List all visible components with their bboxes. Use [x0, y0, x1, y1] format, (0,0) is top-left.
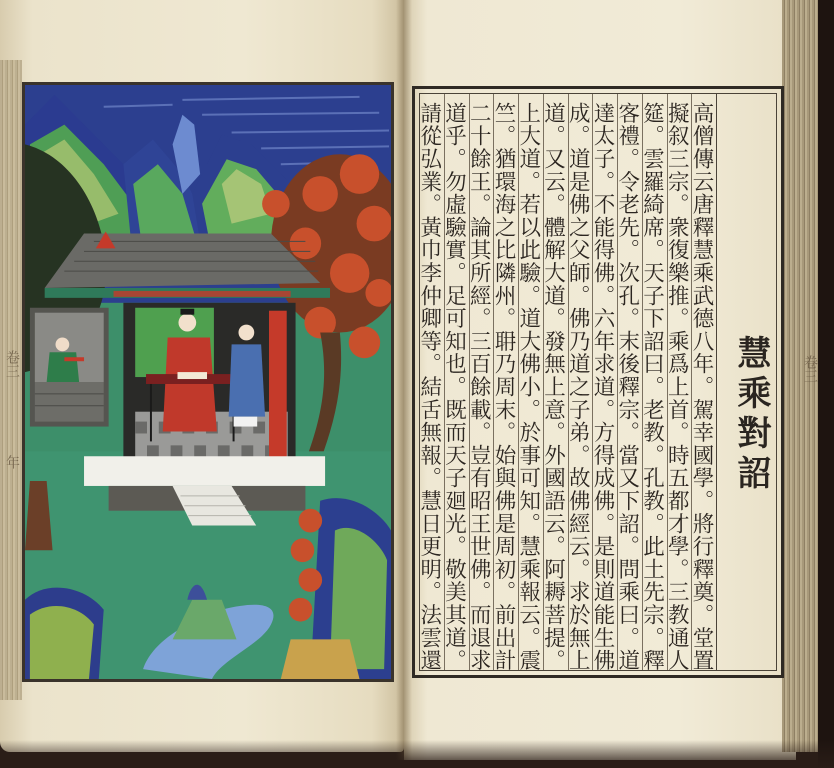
illustration	[22, 82, 394, 682]
scholar-pavilion-illustration	[25, 85, 391, 679]
text-column: 客禮。令老先。次孔。末後釋宗。當又下詔。問乘曰。道士潘誕奏悉	[617, 94, 642, 670]
text-column: 高僧傳云唐釋慧乘武德八年。駕幸國學。將行釋奠。堂置三座。	[691, 94, 716, 670]
text-column: 上大道。若以此驗。道大佛小。於事可知。慧乘報云。震旦之與天	[518, 94, 543, 670]
book-spread: 卷三 年 卷三	[0, 0, 834, 768]
text-columns: 高僧傳云唐釋慧乘武德八年。駕幸國學。將行釋奠。堂置三座。 擬叙三宗。衆復樂推。乘…	[420, 94, 716, 670]
bottom-shadow	[0, 740, 834, 768]
text-column: 達太子。不能得佛。六年求道。方得成佛。是則道能生佛。佛由道	[592, 94, 617, 670]
text-column: 筵。雲羅綺席。天子下詔曰。老教。孔教。此土先宗。釋教後興。宜崇	[642, 94, 667, 670]
text-grid: 慧乘對詔 高僧傳云唐釋慧乘武德八年。駕幸國學。將行釋奠。堂置三座。 擬叙三宗。衆…	[419, 93, 777, 671]
left-edge-mark-2: 年	[2, 455, 22, 469]
cover-edge	[818, 0, 834, 768]
left-edge-mark: 卷三	[2, 350, 22, 378]
text-column: 擬叙三宗。衆復樂推。乘爲上首。時五都才學。三教通人。星布義	[667, 94, 692, 670]
text-column: 竺。猶環海之比隣州。耼乃周末。始與佛是周初。前出計去相遠。	[493, 94, 518, 670]
left-page-edges	[0, 60, 22, 700]
text-column: 道乎。勿虛驗實。足可知也。既而天子廻光。敬美其道。群公拜首。	[444, 94, 469, 670]
right-edge-mark: 卷三	[800, 355, 820, 383]
text-column: 成。道是佛之父師。佛乃道之子弟。故佛經云。求於無上正真之	[568, 94, 593, 670]
book-gutter	[396, 0, 412, 760]
text-column: 請從弘業。黃巾李仲卿等。結舌無報。慧日更明。法雲還布。	[420, 94, 444, 670]
text-column: 二十餘王。論其所經。三百餘載。豈有昭王世佛。而退求敬王時	[469, 94, 494, 670]
text-column: 道。又云。體解大道。發無上意。外國語云。阿耨菩提。晉音翻之無	[543, 94, 568, 670]
chapter-title: 慧乘對詔	[716, 94, 776, 670]
text-block: 慧乘對詔 高僧傳云唐釋慧乘武德八年。駕幸國學。將行釋奠。堂置三座。 擬叙三宗。衆…	[412, 86, 784, 678]
